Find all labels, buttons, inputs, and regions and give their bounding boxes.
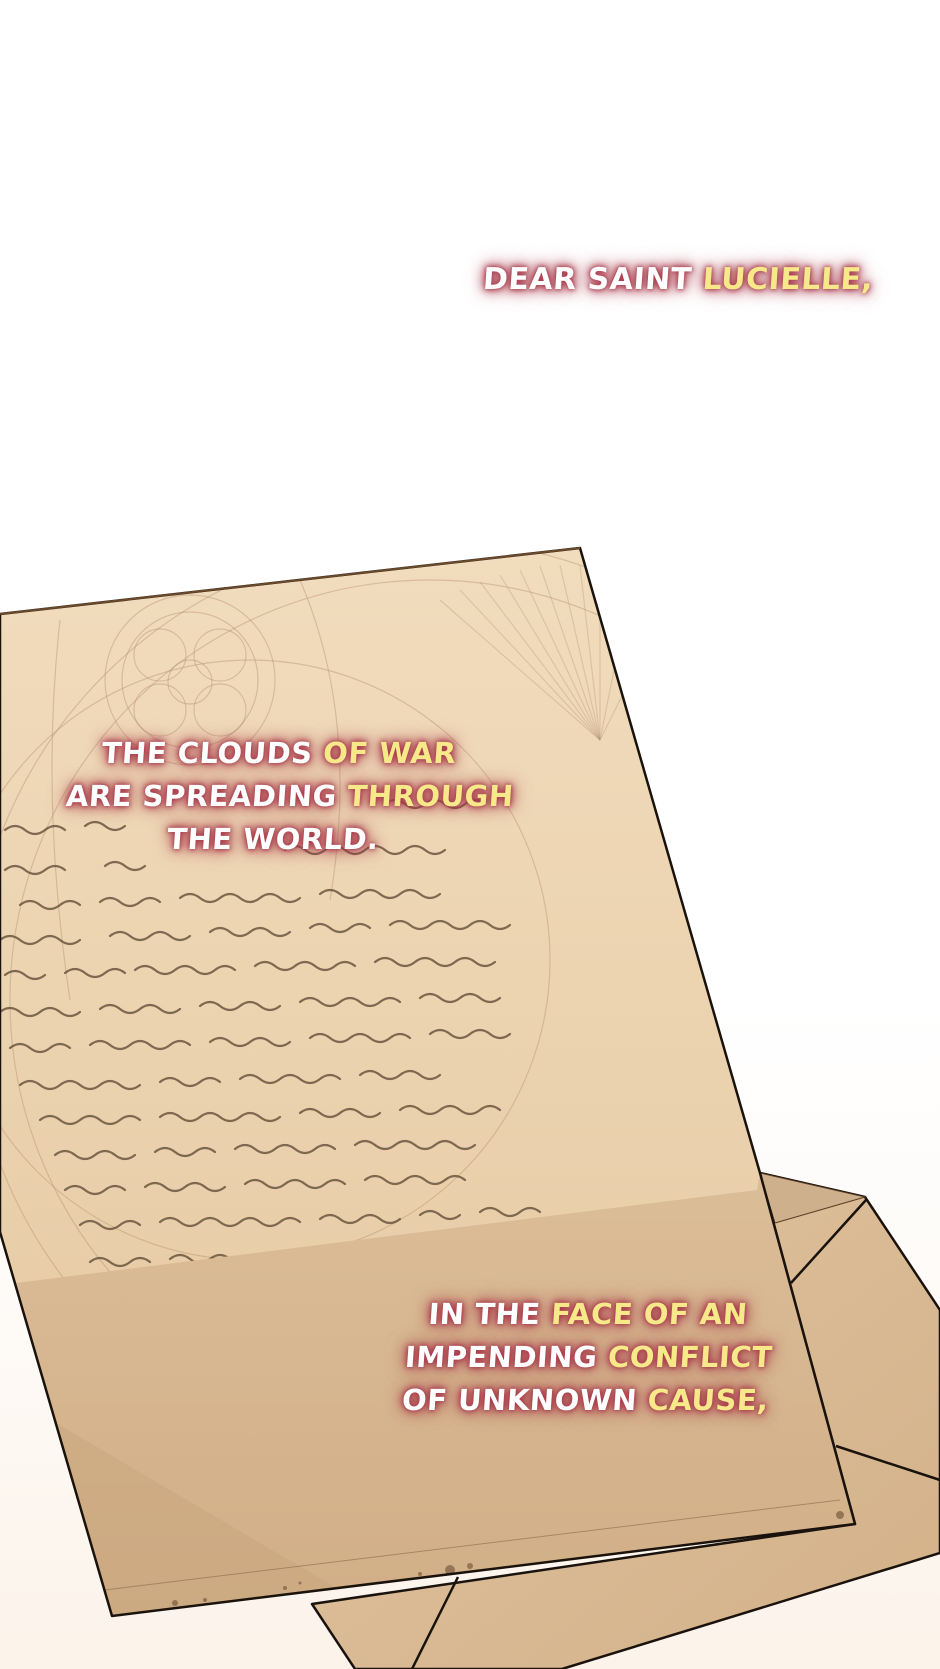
caption-line: DEAR SAINT LUCIELLE, xyxy=(481,258,874,301)
caption-text-yellow: FACE OF AN xyxy=(550,1297,749,1331)
caption-text-white: THE CLOUDS xyxy=(101,736,325,770)
caption-line: IN THE FACE OF AN xyxy=(407,1293,770,1336)
caption-line: IMPENDING CONFLICT xyxy=(403,1336,766,1379)
caption-text-white: THE WORLD. xyxy=(166,822,380,856)
caption-text-yellow: CAUSE, xyxy=(646,1383,769,1417)
caption-text-yellow: LUCIELLE, xyxy=(701,262,874,297)
comic-panel: DEAR SAINT LUCIELLE, THE CLOUDS OF WAR A… xyxy=(0,0,940,1669)
caption-line: ARE SPREADING THROUGH xyxy=(64,775,487,818)
caption-text-yellow: OF WAR xyxy=(322,736,457,770)
caption-line: THE WORLD. xyxy=(61,818,484,861)
caption-impending-conflict: IN THE FACE OF AN IMPENDING CONFLICT OF … xyxy=(400,1293,769,1422)
caption-clouds-of-war: THE CLOUDS OF WAR ARE SPREADING THROUGH … xyxy=(61,732,490,861)
caption-text-white: ARE SPREADING xyxy=(65,779,349,813)
caption-salutation: DEAR SAINT LUCIELLE, xyxy=(481,258,874,301)
caption-line: OF UNKNOWN CAUSE, xyxy=(400,1379,763,1422)
caption-text-yellow: CONFLICT xyxy=(607,1340,774,1374)
caption-line: THE CLOUDS OF WAR xyxy=(68,732,491,775)
caption-text-white: IMPENDING xyxy=(404,1340,609,1374)
caption-text-white: IN THE xyxy=(427,1297,552,1331)
caption-text-white: OF UNKNOWN xyxy=(401,1383,649,1417)
handwritten-letter xyxy=(0,540,890,1616)
caption-text-yellow: THROUGH xyxy=(346,779,515,813)
caption-text-white: DEAR SAINT xyxy=(482,262,704,297)
